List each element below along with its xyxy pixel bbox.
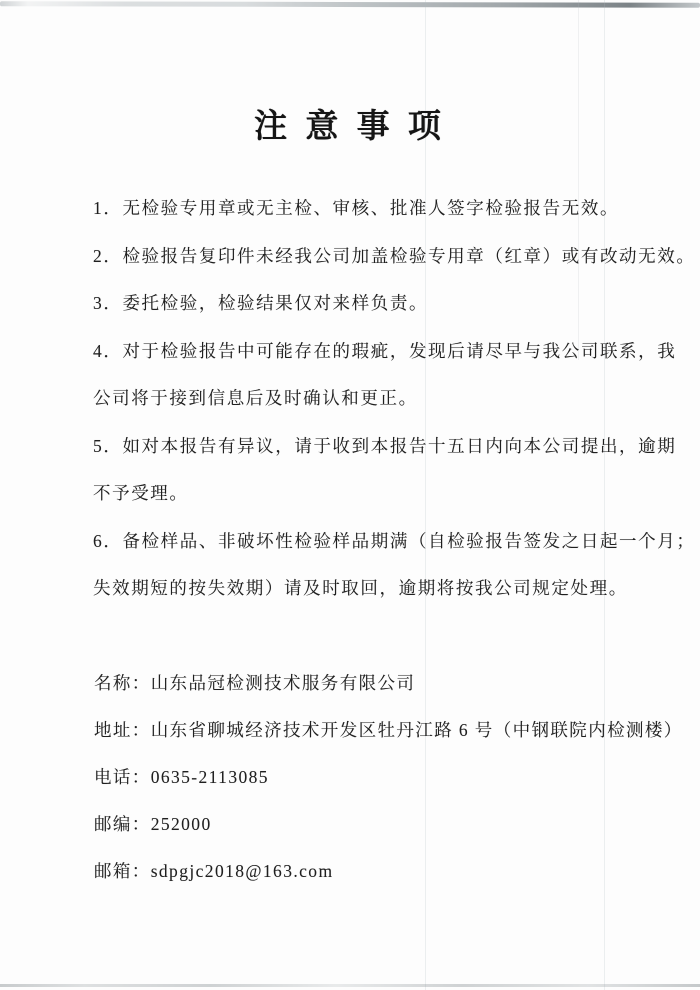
notice-line-3: 3．委托检验，检验结果仅对来样负责。 [93,280,653,328]
notice-line-1: 1．无检验专用章或无主检、审核、批准人签字检验报告无效。 [93,185,653,233]
scan-artifact-bottom-edge [0,984,700,987]
page-title: 注 意 事 项 [0,100,700,147]
scan-artifact-top-edge [0,1,700,7]
notice-line-2: 2．检验报告复印件未经我公司加盖检验专用章（红章）或有改动无效。 [93,233,653,281]
notice-line-4a: 4．对于检验报告中可能存在的瑕疵，发现后请尽早与我公司联系，我 [93,328,653,376]
contact-phone: 电话：0635-2113085 [94,754,654,801]
notice-list: 1．无检验专用章或无主检、审核、批准人签字检验报告无效。 2．检验报告复印件未经… [93,185,653,613]
notice-line-6a: 6．备检样品、非破坏性检验样品期满（自检验报告签发之日起一个月； [93,518,653,566]
notice-line-5a: 5．如对本报告有异议，请于收到本报告十五日内向本公司提出，逾期 [93,423,653,471]
contact-postcode: 邮编：252000 [94,801,654,848]
notice-line-4b: 公司将于接到信息后及时确认和更正。 [93,375,653,423]
contact-block: 名称：山东品冠检测技术服务有限公司 地址：山东省聊城经济技术开发区牡丹江路 6 … [94,660,654,895]
notice-line-5b: 不予受理。 [93,470,653,518]
contact-address: 地址：山东省聊城经济技术开发区牡丹江路 6 号（中钢联院内检测楼） [94,707,654,754]
notice-line-6b: 失效期短的按失效期）请及时取回，逾期将按我公司规定处理。 [93,565,653,613]
contact-company-name: 名称：山东品冠检测技术服务有限公司 [94,660,654,707]
scanned-document-page: 注 意 事 项 1．无检验专用章或无主检、审核、批准人签字检验报告无效。 2．检… [0,0,700,990]
contact-email: 邮箱：sdpgjc2018@163.com [94,848,654,895]
